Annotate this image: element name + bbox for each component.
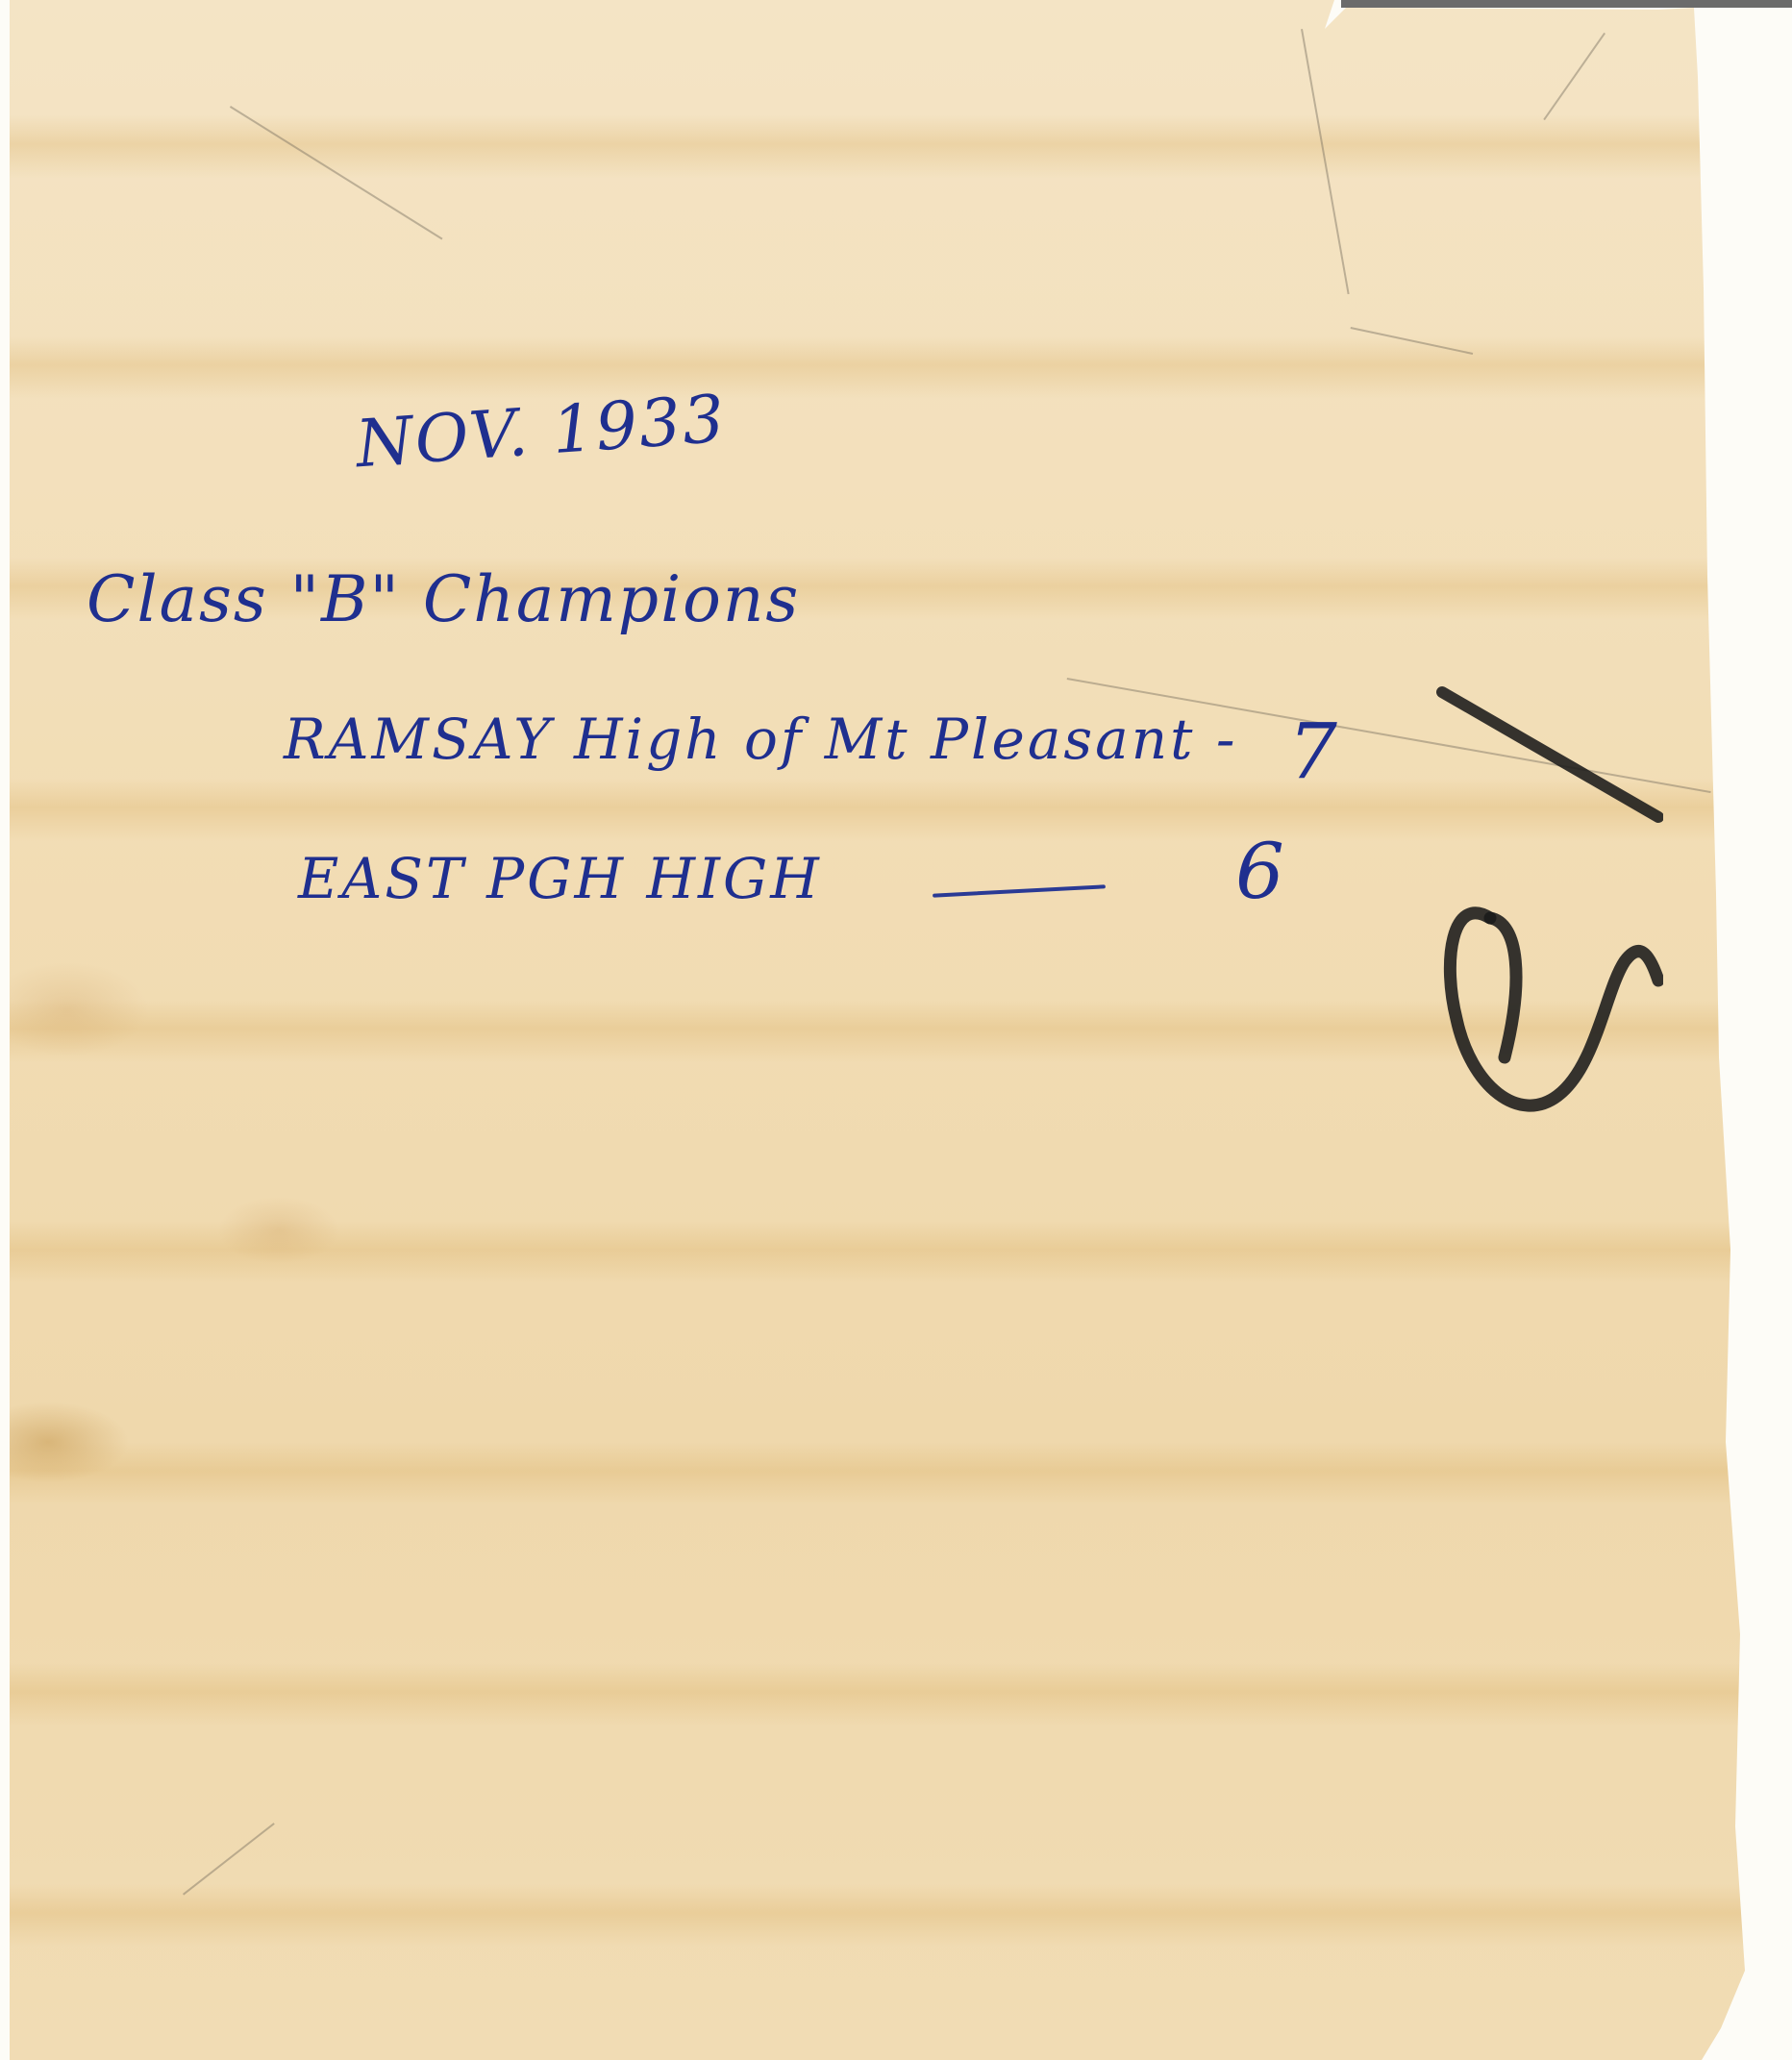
- paper-crease: [1543, 33, 1605, 120]
- crayon-mark-icon: [1413, 673, 1663, 1115]
- scanner-edge-bar: [1341, 0, 1792, 8]
- paper-crease: [1351, 327, 1474, 355]
- title-inscription: Class "B" Champions: [87, 562, 800, 636]
- result-team-2: EAST PGH HIGH: [298, 846, 822, 911]
- team-name: EAST PGH HIGH: [298, 846, 822, 911]
- date-inscription: NOV. 1933: [354, 382, 729, 484]
- team-name: RAMSAY High of Mt Pleasant: [284, 707, 1195, 772]
- aged-paper-sheet: NOV. 1933 Class "B" Champions RAMSAY Hig…: [10, 0, 1750, 2060]
- paper-crease: [230, 106, 443, 239]
- scanned-document: NOV. 1933 Class "B" Champions RAMSAY Hig…: [0, 0, 1792, 2060]
- score-dash-line: [933, 884, 1106, 897]
- score-separator: -: [1216, 707, 1238, 772]
- score-team-1: 7: [1288, 707, 1337, 796]
- paper-crease: [1301, 29, 1350, 294]
- result-team-1: RAMSAY High of Mt Pleasant -: [284, 707, 1237, 772]
- score-team-2: 6: [1235, 827, 1284, 916]
- paper-crease: [183, 1823, 275, 1895]
